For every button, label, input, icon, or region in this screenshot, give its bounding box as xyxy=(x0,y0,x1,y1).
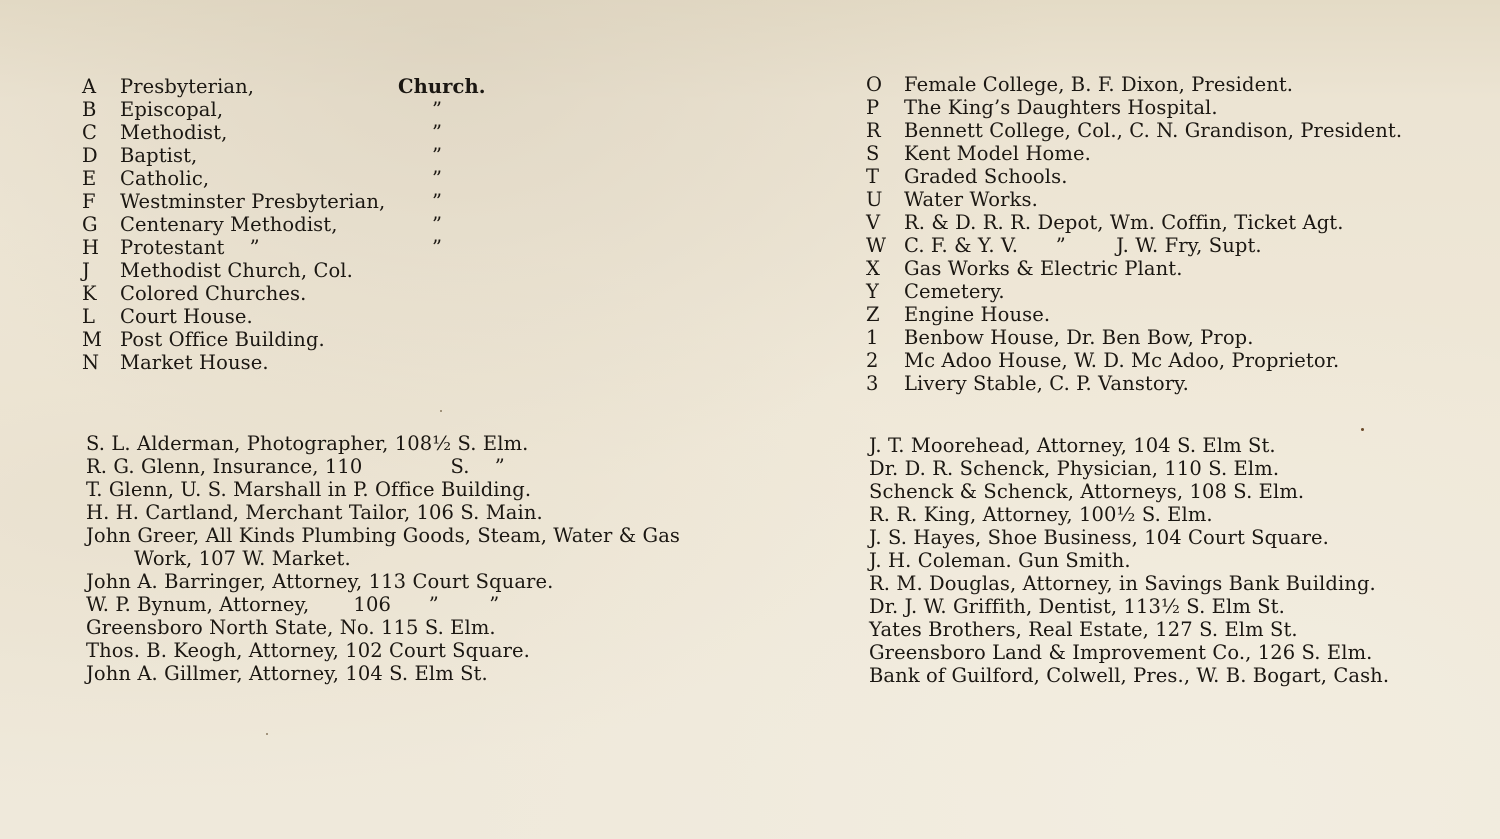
legend-key: C xyxy=(82,121,120,144)
legend-item: Y Cemetery. xyxy=(866,280,1466,303)
legend-key: B xyxy=(82,98,120,121)
legend-key: N xyxy=(82,351,120,374)
legend-item: 1 Benbow House, Dr. Ben Bow, Prop. xyxy=(866,326,1466,349)
legend-key: T xyxy=(866,165,904,188)
legend-text: Baptist, xyxy=(120,144,197,167)
legend-text: Protestant ” xyxy=(120,236,260,259)
legend-key: M xyxy=(82,328,120,351)
legend-item: M Post Office Building. xyxy=(82,328,522,351)
paper-speck xyxy=(266,733,268,735)
legend-text: Colored Churches. xyxy=(120,282,306,305)
ditto-mark: ” xyxy=(432,144,442,167)
legend-item: G Centenary Methodist, ” xyxy=(82,213,522,236)
legend-key: 1 xyxy=(866,326,904,349)
legend-key: 3 xyxy=(866,372,904,395)
legend-item: Z Engine House. xyxy=(866,303,1466,326)
legend-item: 3 Livery Stable, C. P. Vanstory. xyxy=(866,372,1466,395)
directory-right: J. T. Moorehead, Attorney, 104 S. Elm St… xyxy=(869,434,1469,687)
directory-entry: J. H. Coleman. Gun Smith. xyxy=(869,549,1469,572)
directory-entry: T. Glenn, U. S. Marshall in P. Office Bu… xyxy=(86,478,746,501)
directory-entry: John A. Gillmer, Attorney, 104 S. Elm St… xyxy=(86,662,746,685)
legend-text: Gas Works & Electric Plant. xyxy=(904,257,1183,280)
legend-item: F Westminster Presbyterian, ” xyxy=(82,190,522,213)
legend-text: Female College, B. F. Dixon, President. xyxy=(904,73,1293,96)
legend-key: D xyxy=(82,144,120,167)
legend-item: U Water Works. xyxy=(866,188,1466,211)
legend-key: Z xyxy=(866,303,904,326)
legend-text: Market House. xyxy=(120,351,269,374)
legend-text: Mc Adoo House, W. D. Mc Adoo, Proprietor… xyxy=(904,349,1339,372)
legend-left: A Presbyterian, Church. B Episcopal, ” C… xyxy=(82,75,522,374)
legend-item: K Colored Churches. xyxy=(82,282,522,305)
directory-entry: R. G. Glenn, Insurance, 110 S. ” xyxy=(86,455,746,478)
legend-item: B Episcopal, ” xyxy=(82,98,522,121)
legend-item: R Bennett College, Col., C. N. Grandison… xyxy=(866,119,1466,142)
directory-entry: Dr. J. W. Griffith, Dentist, 113½ S. Elm… xyxy=(869,595,1469,618)
legend-text: Engine House. xyxy=(904,303,1050,326)
legend-key: O xyxy=(866,73,904,96)
legend-text: Water Works. xyxy=(904,188,1038,211)
ditto-mark: ” xyxy=(432,213,442,236)
legend-key: L xyxy=(82,305,120,328)
legend-text: Methodist, xyxy=(120,121,227,144)
legend-item: E Catholic, ” xyxy=(82,167,522,190)
legend-item: J Methodist Church, Col. xyxy=(82,259,522,282)
legend-item: P The King’s Daughters Hospital. xyxy=(866,96,1466,119)
directory-entry: Greensboro Land & Improvement Co., 126 S… xyxy=(869,641,1469,664)
legend-text: Catholic, xyxy=(120,167,209,190)
legend-key: J xyxy=(82,259,120,282)
legend-item: C Methodist, ” xyxy=(82,121,522,144)
legend-text: Cemetery. xyxy=(904,280,1005,303)
legend-key: R xyxy=(866,119,904,142)
ditto-mark: ” xyxy=(432,167,442,190)
directory-entry: W. P. Bynum, Attorney, 106 ” ” xyxy=(86,593,746,616)
legend-text: The King’s Daughters Hospital. xyxy=(904,96,1218,119)
legend-item: H Protestant ” ” xyxy=(82,236,522,259)
paper-speck xyxy=(1361,428,1364,431)
legend-key: U xyxy=(866,188,904,211)
legend-text: R. & D. R. R. Depot, Wm. Coffin, Ticket … xyxy=(904,211,1344,234)
legend-key: E xyxy=(82,167,120,190)
scanned-map-legend-page: A Presbyterian, Church. B Episcopal, ” C… xyxy=(0,0,1500,839)
directory-entry: Thos. B. Keogh, Attorney, 102 Court Squa… xyxy=(86,639,746,662)
directory-entry: H. H. Cartland, Merchant Tailor, 106 S. … xyxy=(86,501,746,524)
legend-key: G xyxy=(82,213,120,236)
legend-text: Graded Schools. xyxy=(904,165,1068,188)
legend-item: O Female College, B. F. Dixon, President… xyxy=(866,73,1466,96)
legend-text: Episcopal, xyxy=(120,98,223,121)
directory-entry: Greensboro North State, No. 115 S. Elm. xyxy=(86,616,746,639)
directory-entry-continuation: Work, 107 W. Market. xyxy=(86,547,746,570)
legend-item: 2 Mc Adoo House, W. D. Mc Adoo, Propriet… xyxy=(866,349,1466,372)
legend-key: A xyxy=(82,75,120,98)
ditto-mark: ” xyxy=(432,121,442,144)
directory-entry: John A. Barringer, Attorney, 113 Court S… xyxy=(86,570,746,593)
legend-item: X Gas Works & Electric Plant. xyxy=(866,257,1466,280)
legend-item: T Graded Schools. xyxy=(866,165,1466,188)
legend-text: Presbyterian, xyxy=(120,75,254,98)
directory-entry: S. L. Alderman, Photographer, 108½ S. El… xyxy=(86,432,746,455)
directory-entry: J. T. Moorehead, Attorney, 104 S. Elm St… xyxy=(869,434,1469,457)
ditto-mark: ” xyxy=(432,236,442,259)
legend-item: W C. F. & Y. V. ” J. W. Fry, Supt. xyxy=(866,234,1466,257)
legend-item: S Kent Model Home. xyxy=(866,142,1466,165)
legend-text: C. F. & Y. V. ” J. W. Fry, Supt. xyxy=(904,234,1262,257)
legend-text: Benbow House, Dr. Ben Bow, Prop. xyxy=(904,326,1254,349)
legend-key: W xyxy=(866,234,904,257)
directory-entry: J. S. Hayes, Shoe Business, 104 Court Sq… xyxy=(869,526,1469,549)
legend-key: V xyxy=(866,211,904,234)
legend-item: V R. & D. R. R. Depot, Wm. Coffin, Ticke… xyxy=(866,211,1466,234)
legend-key: K xyxy=(82,282,120,305)
ditto-mark: ” xyxy=(432,190,442,213)
legend-text: Kent Model Home. xyxy=(904,142,1091,165)
directory-entry: Yates Brothers, Real Estate, 127 S. Elm … xyxy=(869,618,1469,641)
directory-entry: Bank of Guilford, Colwell, Pres., W. B. … xyxy=(869,664,1469,687)
directory-entry: R. M. Douglas, Attorney, in Savings Bank… xyxy=(869,572,1469,595)
church-column-header: Church. xyxy=(398,75,486,98)
legend-key: X xyxy=(866,257,904,280)
legend-text: Court House. xyxy=(120,305,253,328)
legend-item: D Baptist, ” xyxy=(82,144,522,167)
directory-entry: John Greer, All Kinds Plumbing Goods, St… xyxy=(86,524,746,547)
legend-text: Post Office Building. xyxy=(120,328,325,351)
legend-item: N Market House. xyxy=(82,351,522,374)
legend-key: P xyxy=(866,96,904,119)
ditto-mark: ” xyxy=(432,98,442,121)
legend-key: F xyxy=(82,190,120,213)
legend-text: Centenary Methodist, xyxy=(120,213,338,236)
paper-speck xyxy=(440,410,442,412)
directory-entry: Dr. D. R. Schenck, Physician, 110 S. Elm… xyxy=(869,457,1469,480)
legend-right: O Female College, B. F. Dixon, President… xyxy=(866,73,1466,395)
legend-text: Westminster Presbyterian, xyxy=(120,190,385,213)
directory-entry: R. R. King, Attorney, 100½ S. Elm. xyxy=(869,503,1469,526)
legend-item: L Court House. xyxy=(82,305,522,328)
legend-item: A Presbyterian, Church. xyxy=(82,75,522,98)
legend-key: Y xyxy=(866,280,904,303)
directory-left: S. L. Alderman, Photographer, 108½ S. El… xyxy=(86,432,746,685)
legend-key: H xyxy=(82,236,120,259)
legend-text: Livery Stable, C. P. Vanstory. xyxy=(904,372,1189,395)
legend-text: Bennett College, Col., C. N. Grandison, … xyxy=(904,119,1402,142)
legend-text: Methodist Church, Col. xyxy=(120,259,353,282)
legend-key: 2 xyxy=(866,349,904,372)
legend-key: S xyxy=(866,142,904,165)
directory-entry: Schenck & Schenck, Attorneys, 108 S. Elm… xyxy=(869,480,1469,503)
